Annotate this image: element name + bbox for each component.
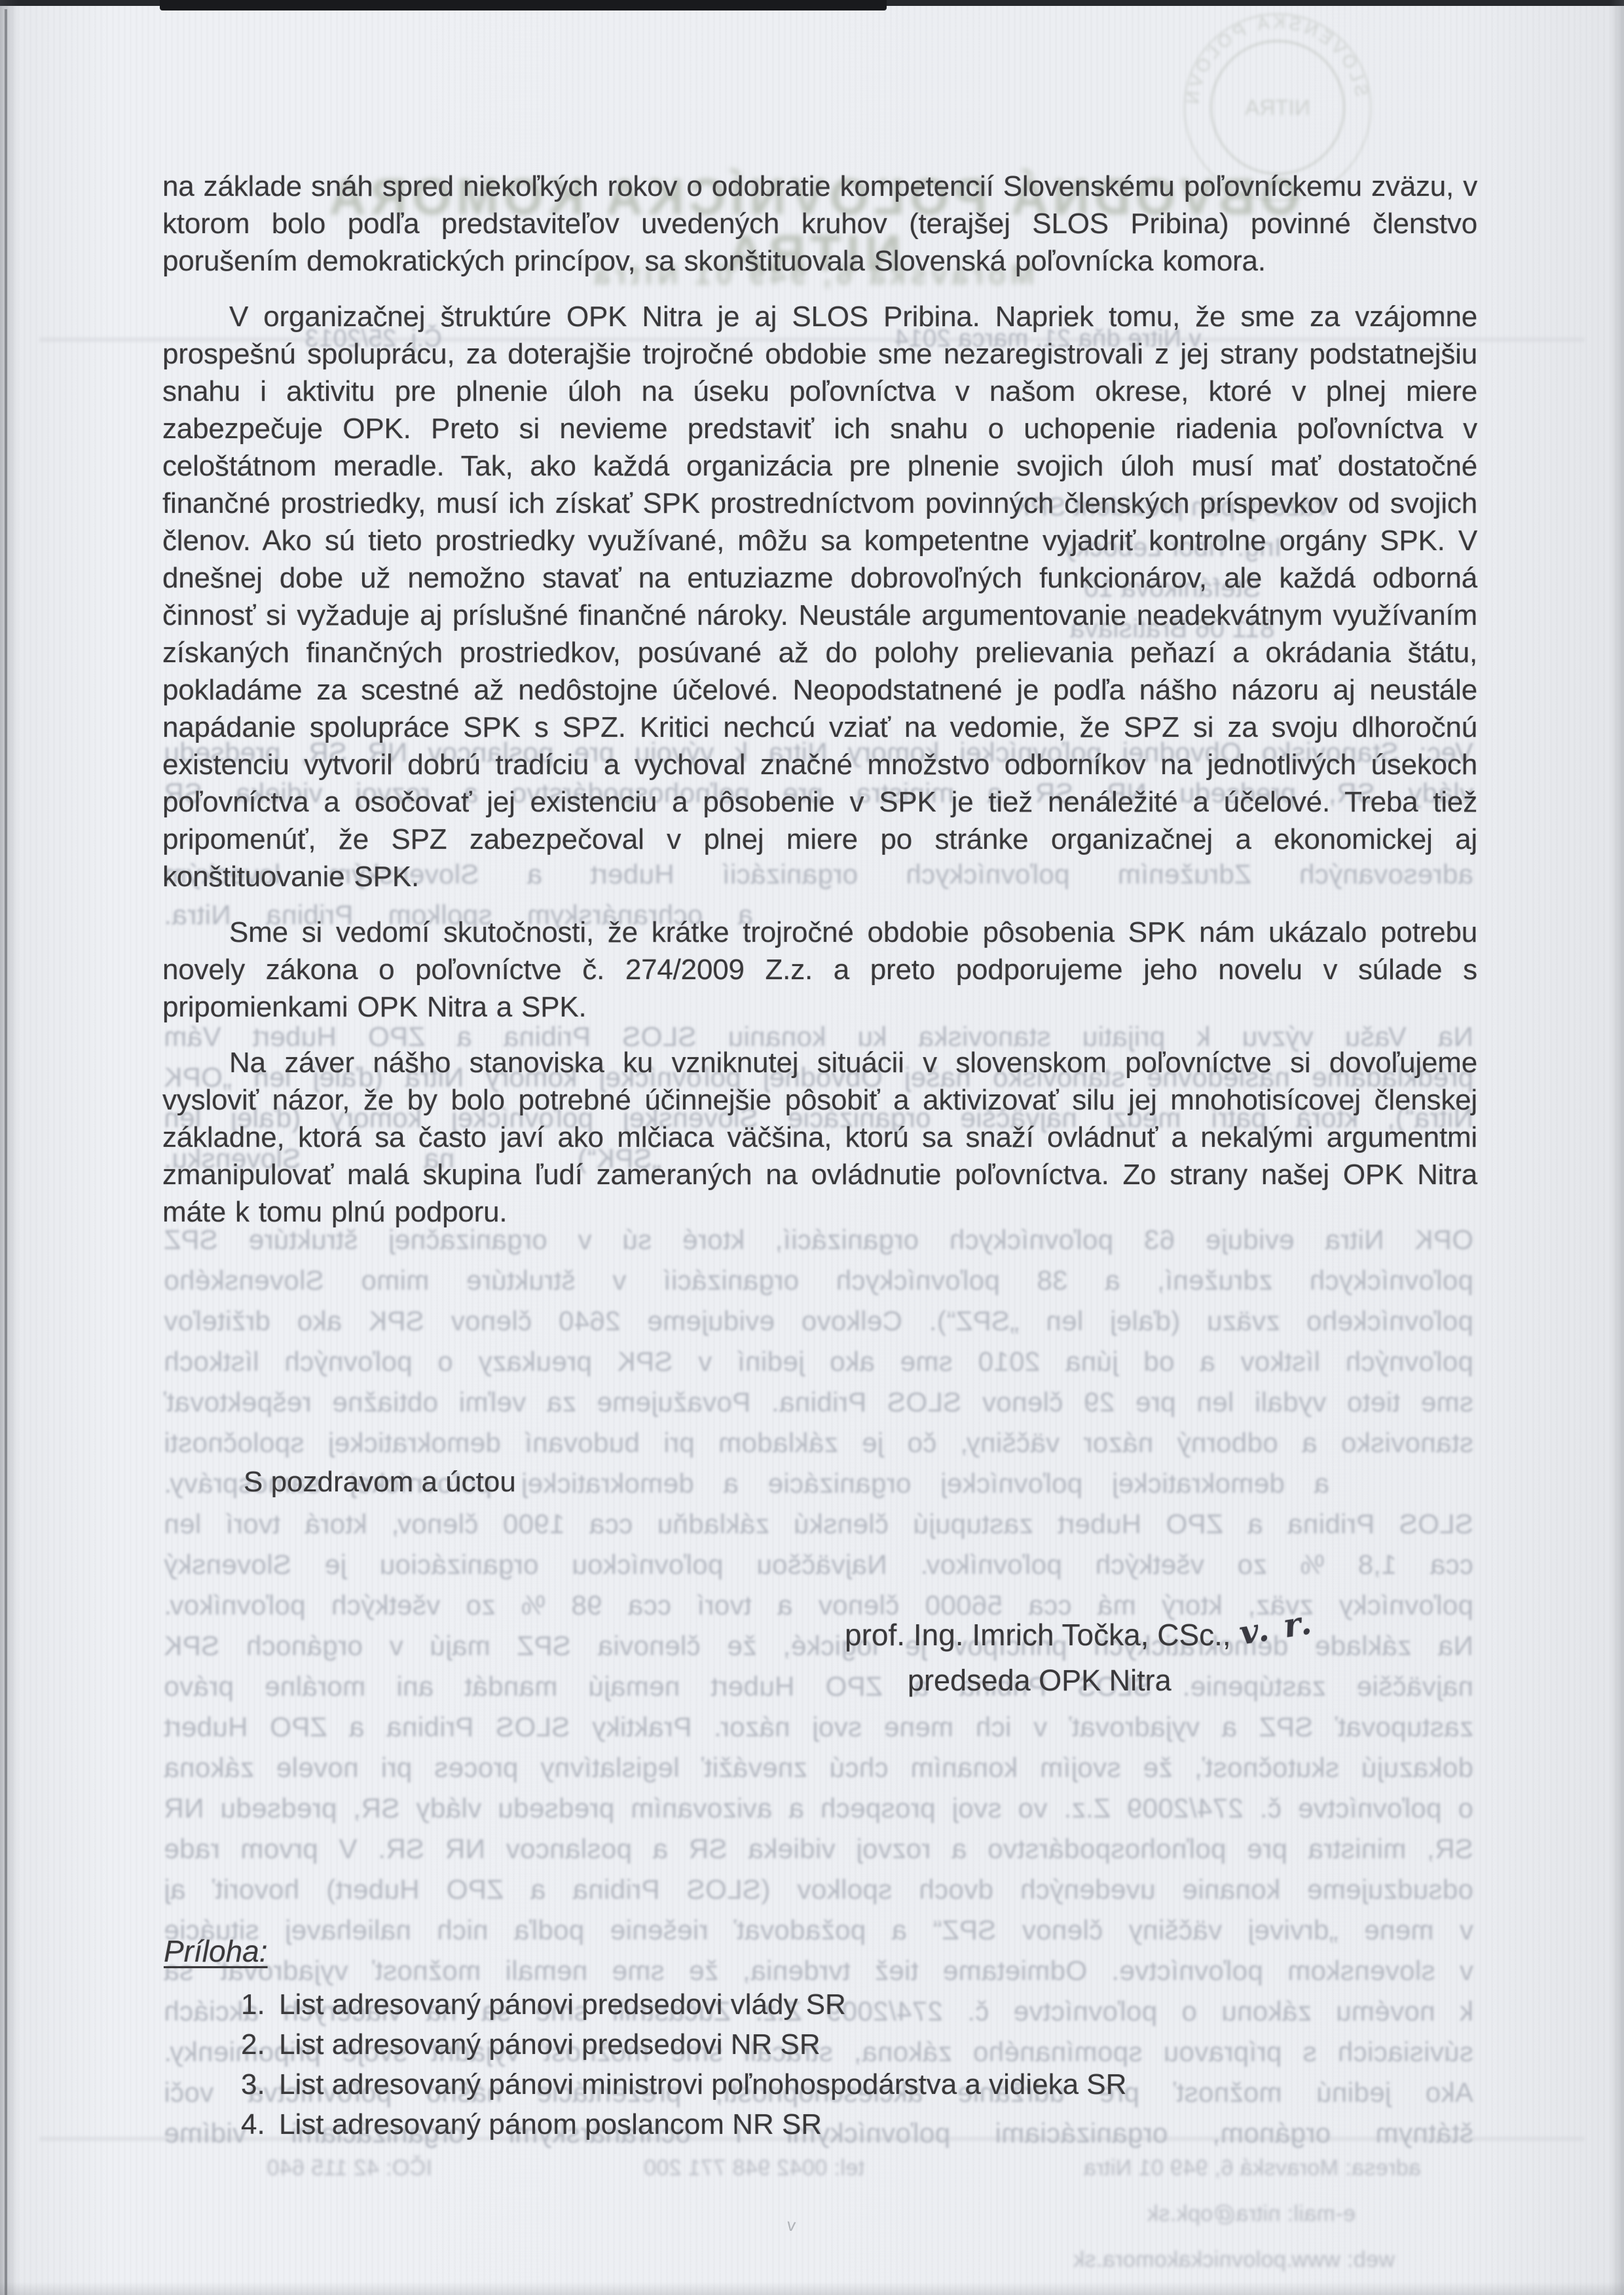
scan-edge-left-line (5, 9, 7, 2295)
bleedthrough-footer-line: adresa: Moravská 6, 949 01 Nitra (1041, 2156, 1421, 2180)
bleedthrough-footer-line: web: www.polovnickakomora.sk (1041, 2248, 1395, 2272)
attachment-item-text: List adresovaný pánovi predsedovi NR SR (279, 2028, 1473, 2061)
attachment-item-text: List adresovaný pánovi predsedovi vlády … (279, 1988, 1473, 2021)
attachment-item: 3. List adresovaný pánovi ministrovi poľ… (164, 2068, 1473, 2108)
attachment-item: 4. List adresovaný pánom poslancom NR SR (164, 2108, 1473, 2148)
bleedthrough-line: cca 1,8 % zo všetkých poľovníkov. Najväč… (164, 1550, 1473, 1580)
bleedthrough-line: zastupovať SPZ a vyjadrovať v ich mene s… (164, 1712, 1473, 1742)
attachment-heading: Príloha: (164, 1933, 1473, 1969)
bleedthrough-line: odsudzujeme konanie uvedených dvoch spol… (164, 1875, 1473, 1905)
bleedthrough-line: poľovníckych združení, a 38 poľovníckych… (164, 1265, 1473, 1296)
bleedthrough-footer-line: IČO: 42 115 640 (157, 2156, 432, 2180)
body-paragraph: V organizačnej štruktúre OPK Nitra je aj… (162, 298, 1477, 895)
bleedthrough-line: SR, ministra pre poľnohospodárstvo a roz… (164, 1834, 1473, 1864)
body-paragraph: Sme si vedomí skutočnosti, že krátke tro… (162, 914, 1477, 1026)
attachment-item-number: 4. (241, 2108, 279, 2141)
svg-text:SLOVENSKÁ POĽOVNÍCKA KOMORA: SLOVENSKÁ POĽOVNÍCKA KOMORA (1182, 5, 1380, 108)
bleedthrough-line: poľovníckeho zväzu (ďalej len „SPZ“). Ce… (164, 1306, 1473, 1336)
signatory-role: predseda OPK Nitra (908, 1664, 1382, 1698)
attachment-item-text: List adresovaný pánovi ministrovi poľnoh… (279, 2068, 1473, 2101)
bleedthrough-footer-line: e-mail: nitra@opk.sk (1074, 2202, 1356, 2226)
signature-block: prof. Ing. Imrich Točka, CSc.,v. r. pred… (845, 1614, 1382, 1698)
attachment-item-number: 2. (241, 2028, 279, 2061)
bleedthrough-line: stanovisko a odborný názor väčšiny, čo j… (164, 1428, 1473, 1458)
attachment-section: Príloha: 1. List adresovaný pánovi preds… (164, 1933, 1473, 2148)
attachment-item-number: 3. (241, 2068, 279, 2101)
scan-edge-bottom (0, 2282, 1624, 2295)
attachment-item-text: List adresovaný pánom poslancom NR SR (279, 2108, 1473, 2141)
bleedthrough-line: o poľovníctve č. 274/2009 Z.z. vo svoj p… (164, 1793, 1473, 1823)
attachment-item-number: 1. (241, 1988, 279, 2021)
bleedthrough-line: sme tieto vydali len pre 29 členov SLOS … (164, 1387, 1473, 1417)
letter-body: na základe snáh spred niekoľkých rokov o… (162, 168, 1477, 1249)
stamp-arc-text: SLOVENSKÁ POĽOVNÍCKA KOMORA (1182, 5, 1380, 108)
body-paragraph: Na záver nášho stanoviska ku vzniknutej … (162, 1044, 1477, 1231)
body-paragraph: na základe snáh spred niekoľkých rokov o… (162, 168, 1477, 280)
stamp-inner-text: NITRA (1244, 96, 1310, 121)
signatory-name: prof. Ing. Imrich Točka, CSc., (845, 1618, 1231, 1652)
bleedthrough-line: dokazujú skutočnosť, že svojím konaním c… (164, 1753, 1473, 1783)
bleedthrough-line: SLOS Pribina a ZPO Hubert zastupujú člen… (164, 1509, 1473, 1539)
attachment-list: 1. List adresovaný pánovi predsedovi vlá… (164, 1988, 1473, 2148)
attachment-item: 1. List adresovaný pánovi predsedovi vlá… (164, 1988, 1473, 2028)
closing-salutation: S pozdravom a úctou (244, 1466, 516, 1499)
bleedthrough-footer-line: tel: 0042 948 771 200 (602, 2156, 864, 2180)
scan-edge-right-band (1610, 0, 1624, 2295)
handwritten-vr-note: v. r. (1236, 1603, 1316, 1652)
signatory-name-line: prof. Ing. Imrich Točka, CSc.,v. r. (845, 1614, 1382, 1653)
pen-speck: v (786, 2214, 796, 2235)
attachment-item: 2. List adresovaný pánovi predsedovi NR … (164, 2028, 1473, 2068)
scan-edge-top-strip (160, 0, 887, 10)
scan-edge-left-band (0, 0, 18, 2295)
scanned-letter-page: SLOVENSKÁ POĽOVNÍCKA KOMORA NITRA OBVODN… (0, 0, 1624, 2295)
bleedthrough-line: poľovných lístkov a od júna 2010 sme ako… (164, 1347, 1473, 1377)
